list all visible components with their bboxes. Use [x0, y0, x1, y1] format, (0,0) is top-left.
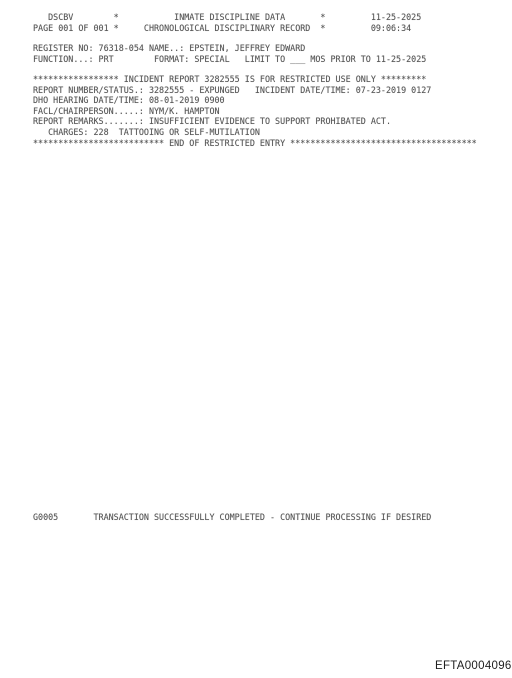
report-transaction-status-line: G0005 TRANSACTION SUCCESSFULLY COMPLETED…: [33, 512, 431, 523]
document-page: DSCBV * INMATE DISCIPLINE DATA * 11-25-2…: [0, 0, 512, 678]
report-system-header: DSCBV * INMATE DISCIPLINE DATA * 11-25-2…: [33, 12, 421, 33]
bates-number: EFTA00040962: [435, 660, 512, 672]
report-restricted-incident-entry: ***************** INCIDENT REPORT 328255…: [33, 74, 477, 148]
report-inmate-info: REGISTER NO: 76318-054 NAME..: EPSTEIN, …: [33, 43, 426, 64]
